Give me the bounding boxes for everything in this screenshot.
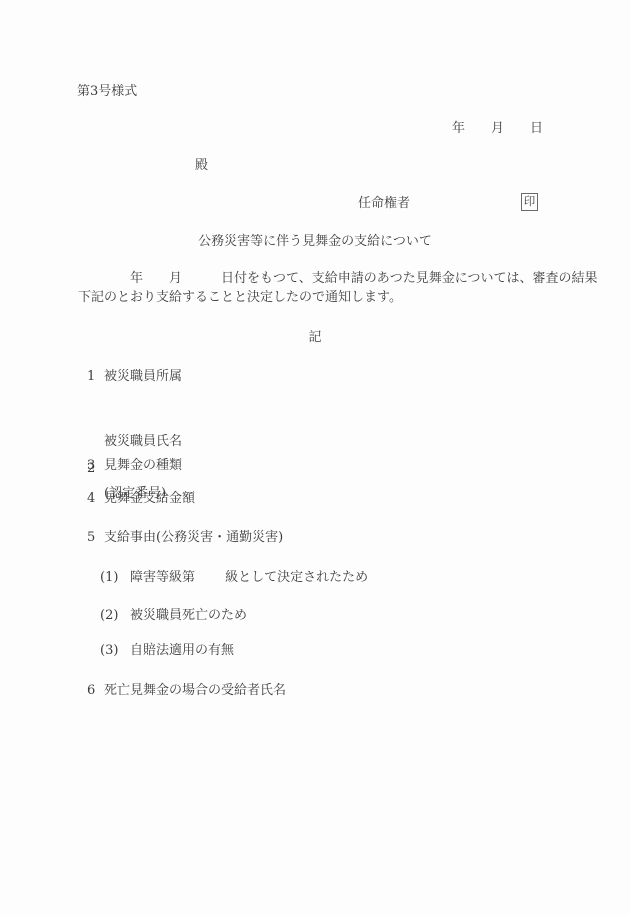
body-line-2: 下記のとおり支給することと決定したので通知します。 xyxy=(78,289,402,306)
form-number: 第3号様式 xyxy=(77,83,137,100)
list-item-6: 6 死亡見舞金の場合の受給者氏名 xyxy=(87,682,286,699)
list-item-1: 1 被災職員所属 xyxy=(87,368,182,385)
item-label: 被災職員所属 xyxy=(104,368,182,385)
sub-item-3: (3) 自賠法適用の有無 xyxy=(100,642,234,659)
sub-item-label: 自賠法適用の有無 xyxy=(130,642,234,659)
document-title: 公務災害等に伴う見舞金の支給について xyxy=(0,233,630,250)
sub-item-label: 被災職員死亡のため xyxy=(130,607,247,624)
date-line: 年 月 日 xyxy=(452,120,543,137)
item-number: 5 xyxy=(87,529,104,546)
item-label: 見舞金支給金額 xyxy=(104,490,195,507)
list-item-5: 5 支給事由(公務災害・通勤災害) xyxy=(87,529,283,546)
sub-item-1: (1) 障害等級第 級として決定されたため xyxy=(100,569,368,586)
item-label: 見舞金の種類 xyxy=(104,457,182,474)
item-number: 1 xyxy=(87,368,104,385)
issuer-label: 任命権者 xyxy=(358,195,410,212)
list-item-4: 4 見舞金支給金額 xyxy=(87,490,195,507)
document-page: 第3号様式 年 月 日 殿 任命権者 印 公務災害等に伴う見舞金の支給について … xyxy=(0,0,630,915)
list-header: 記 xyxy=(0,329,630,346)
item-label: 死亡見舞金の場合の受給者氏名 xyxy=(104,682,286,699)
sub-item-number: (3) xyxy=(100,642,130,659)
body-line-1: 年 月 日付をもつて、支給申請のあつた見舞金については、審査の結果 xyxy=(78,270,597,287)
item-label-line-1: 被災職員氏名 xyxy=(104,433,182,451)
sub-item-2: (2) 被災職員死亡のため xyxy=(100,607,247,624)
item-number: 4 xyxy=(87,490,104,507)
item-label: 支給事由(公務災害・通勤災害) xyxy=(104,529,283,546)
sub-item-number: (2) xyxy=(100,607,130,624)
sub-item-number: (1) xyxy=(100,569,130,586)
item-number: 6 xyxy=(87,682,104,699)
list-item-3: 3 見舞金の種類 xyxy=(87,457,182,474)
seal-mark: 印 xyxy=(524,196,536,208)
addressee-honorific: 殿 xyxy=(195,157,208,174)
seal-box: 印 xyxy=(521,193,538,211)
item-number: 3 xyxy=(87,457,104,474)
sub-item-label: 障害等級第 級として決定されたため xyxy=(130,569,368,586)
